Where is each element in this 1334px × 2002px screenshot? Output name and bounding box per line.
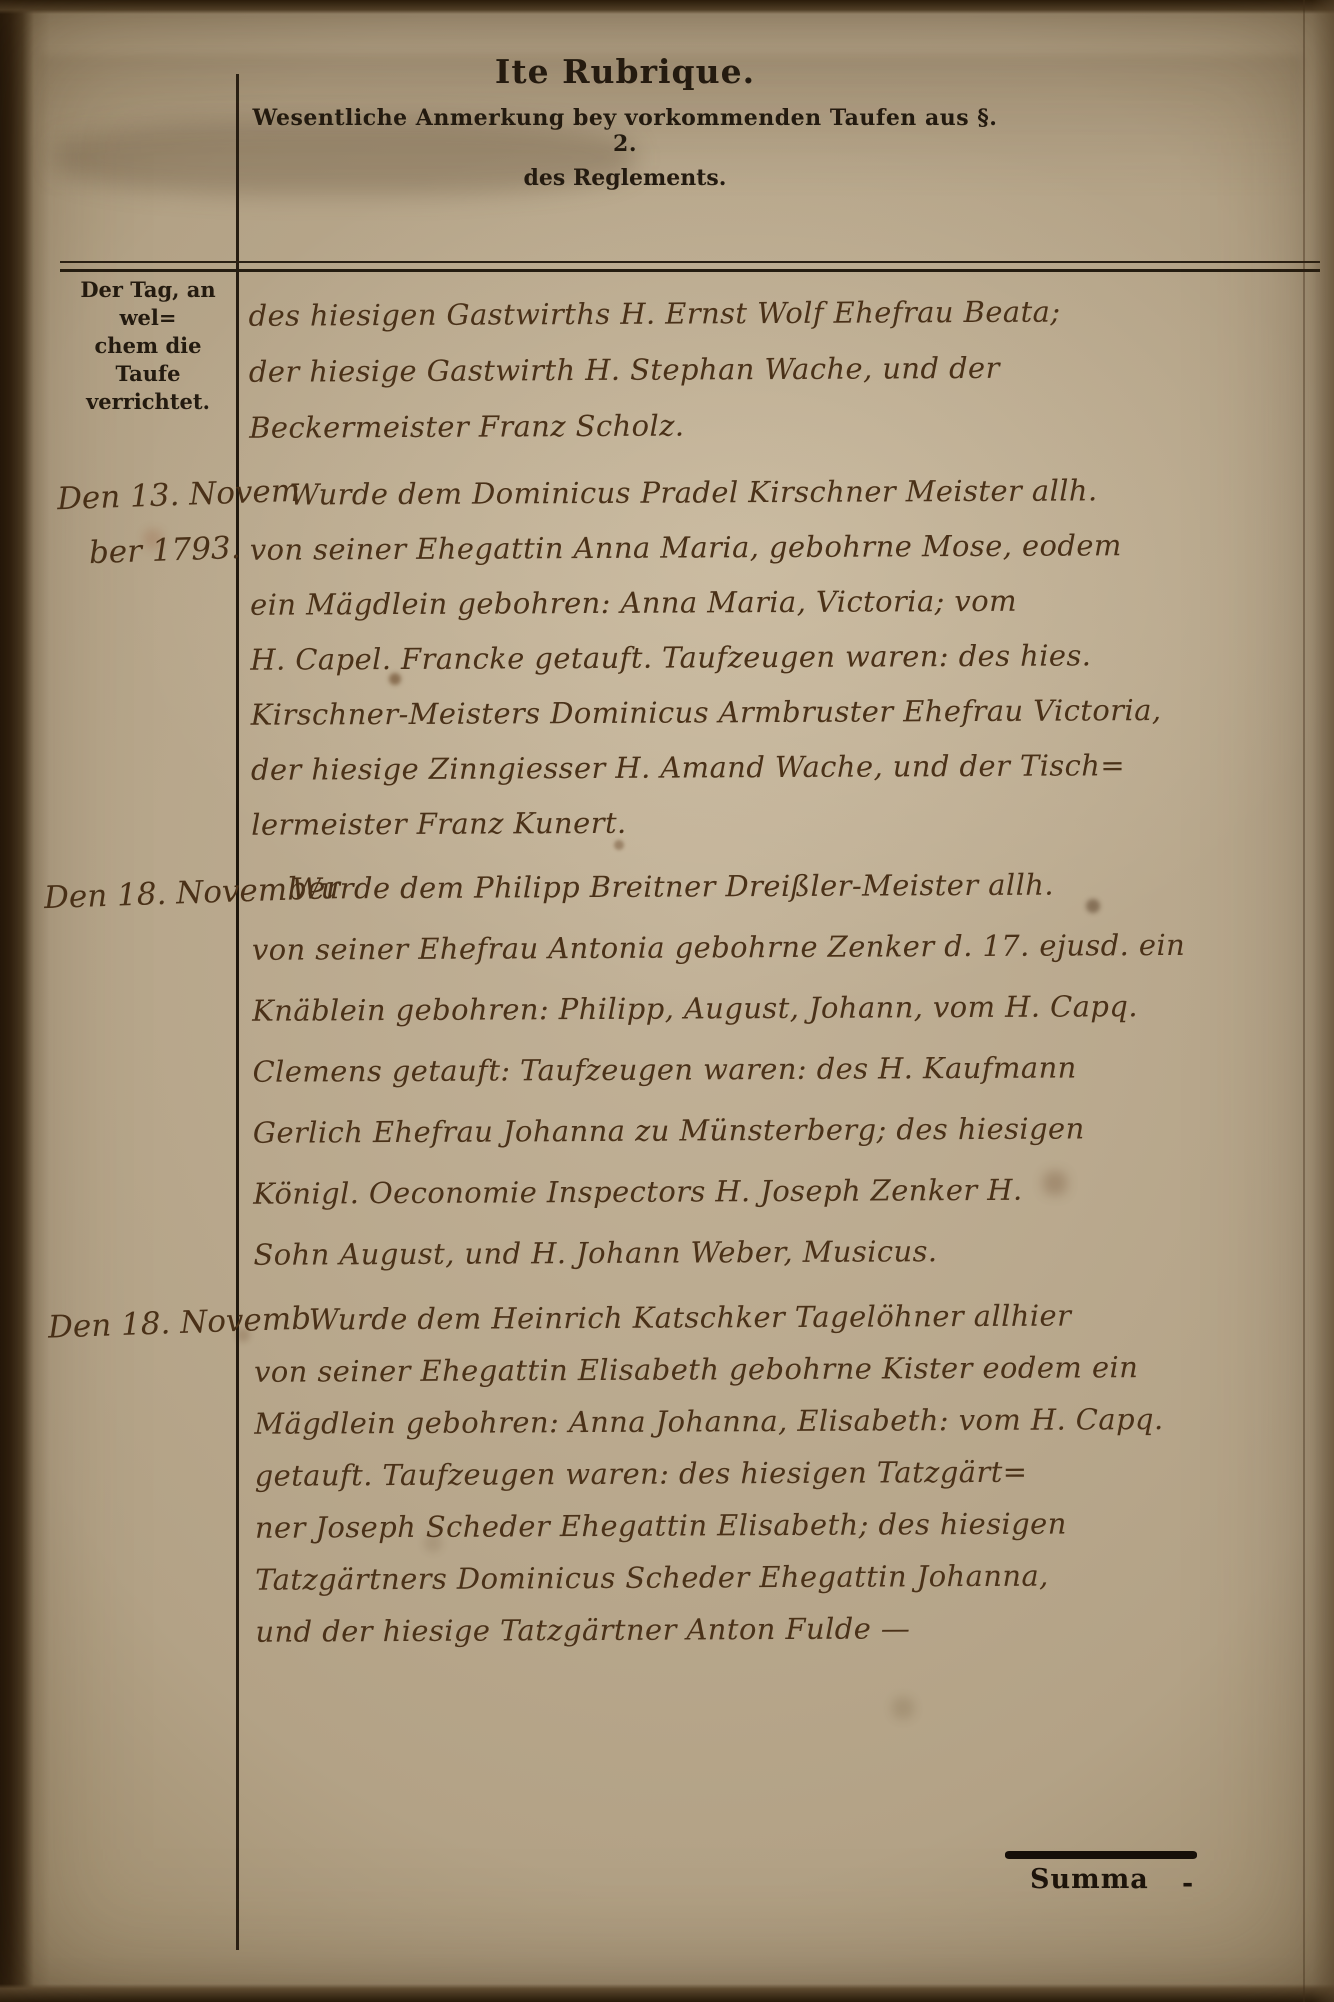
page-top-edge [0,0,1334,14]
hand-line: getauft. Taufzeugen waren: des hiesigen … [255,1444,1319,1502]
summa-dash: - [1182,1868,1193,1899]
header-rule-upper [60,261,1320,263]
page-bottom-edge [0,1984,1334,2002]
hand-line: von seiner Ehegattin Elisabeth gebohrne … [254,1340,1318,1398]
hand-line: Wurde dem Heinrich Katschker Tagelöhner … [254,1288,1318,1346]
hand-line: und der hiesige Tatzgärtner Anton Fulde … [255,1600,1319,1658]
hand-line: lermeister Franz Kunert. [251,792,1315,853]
hand-line: Kirschner-Meisters Dominicus Armbruster … [251,682,1315,743]
column-divider-rule [236,74,239,1950]
date-column-header-line: Der Tag, an wel= [60,276,236,332]
entry-body-2: Wurde dem Philipp Breitner Dreißler-Meis… [251,853,1317,1286]
register-page-scan: Ite Rubrique. Wesentliche Anmerkung bey … [0,0,1334,2002]
hand-line: Wurde dem Dominicus Pradel Kirschner Mei… [249,462,1313,523]
hand-line: Clemens getauft: Taufzeugen waren: des H… [252,1036,1316,1103]
header-rule-lower [60,269,1320,272]
hand-line: von seiner Ehegattin Anna Maria, gebohrn… [250,517,1314,578]
hand-line: ner Joseph Scheder Ehegattin Elisabeth; … [255,1496,1319,1554]
hand-line: Gerlich Ehefrau Johanna zu Münsterberg; … [253,1097,1317,1164]
rubrique-title: Ite Rubrique. [240,52,1010,91]
summa-label: Summa [1030,1864,1149,1895]
header-note-line2: des Reglements. [240,165,1010,191]
entry-body-3: Wurde dem Heinrich Katschker Tagelöhner … [254,1288,1320,1658]
entries-column: des hiesigen Gastwirths H. Ernst Wolf Eh… [248,282,1319,1658]
hand-line: Wurde dem Philipp Breitner Dreißler-Meis… [251,853,1315,920]
hand-line: H. Capel. Francke getauft. Taufzeugen wa… [250,627,1314,688]
hand-line: der hiesige Zinngiesser H. Amand Wache, … [251,737,1315,798]
hand-line: von seiner Ehefrau Antonia gebohrne Zenk… [252,914,1316,981]
hand-line: Tatzgärtners Dominicus Scheder Ehegattin… [255,1548,1319,1606]
hand-line: ein Mägdlein gebohren: Anna Maria, Victo… [250,572,1314,633]
hand-line: Mägdlein gebohren: Anna Johanna, Elisabe… [254,1392,1318,1450]
summa-rule [1005,1851,1197,1859]
header-note-line1: Wesentliche Anmerkung bey vorkommenden T… [240,105,1010,157]
date-column-header: Der Tag, an wel= chem die Taufe verricht… [60,276,236,416]
page-header: Ite Rubrique. Wesentliche Anmerkung bey … [240,52,1010,191]
hand-line: Königl. Oeconomie Inspectors H. Joseph Z… [253,1158,1317,1225]
hand-line: Beckermeister Franz Scholz. [249,394,1313,456]
entry-body-0: des hiesigen Gastwirths H. Ernst Wolf Eh… [248,282,1313,456]
hand-line: der hiesige Gastwirth H. Stephan Wache, … [249,338,1313,400]
hand-line: Knäblein gebohren: Philipp, August, Joha… [252,975,1316,1042]
hand-line: des hiesigen Gastwirths H. Ernst Wolf Eh… [248,282,1312,344]
date-column-header-line: chem die Taufe [60,332,236,388]
book-spine-shadow [0,0,50,2002]
hand-line: Sohn August, und H. Johann Weber, Musicu… [253,1219,1317,1286]
date-column-header-line: verrichtet. [60,388,236,416]
entry-body-1: Wurde dem Dominicus Pradel Kirschner Mei… [249,462,1315,853]
